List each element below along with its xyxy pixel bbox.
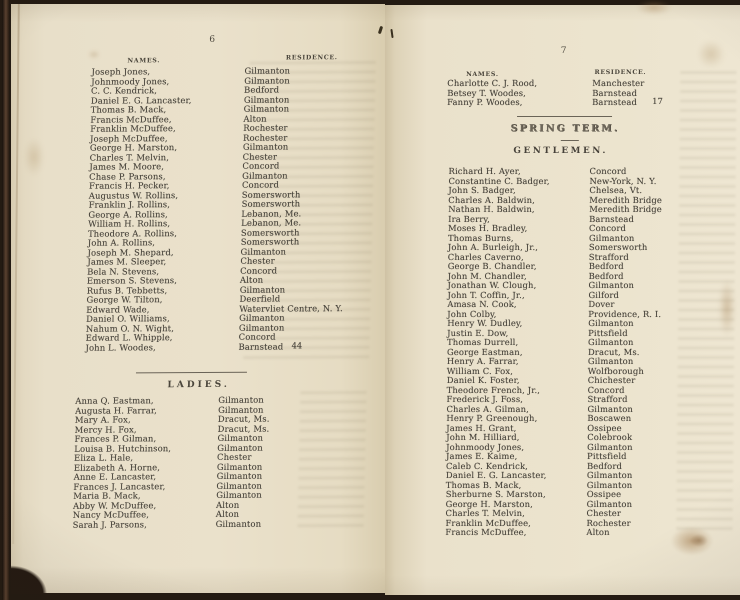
foxing-stain <box>719 280 735 336</box>
roster-row: Jonathan W. Clough, Gilmanton <box>448 280 738 290</box>
roster-row: Constantine C. Badger, New-York, N. Y. <box>448 176 738 186</box>
roster-row: Nathan H. Baldwin, Meredith Bridge <box>448 204 738 214</box>
student-name: John A. Burleigh, Jr., <box>448 242 538 252</box>
roster-row: Daniel E. G. Lancaster, Gilmanton <box>446 470 736 480</box>
student-name: Thomas B. Mack, <box>446 480 522 490</box>
spring-term-heading: SPRING TERM. <box>495 123 635 134</box>
student-name: Amasa N. Cook, <box>447 299 516 309</box>
foxing-stain <box>690 534 708 547</box>
student-name: William C. Fox, <box>447 366 513 376</box>
roster-row: Johnmoody Jones, Gilmanton <box>446 442 736 452</box>
student-residence: Bedford <box>587 461 622 471</box>
roster-row: George B. Chandler, Bedford <box>448 261 738 271</box>
gentlemen-section-heading: GENTLEMEN. <box>501 146 621 156</box>
student-residence: Gilmanton <box>587 480 633 490</box>
student-residence: Gilmanton <box>587 470 633 480</box>
student-name: Charlotte C. J. Rood, <box>447 78 537 88</box>
ladies-section-heading: LADIES. <box>139 380 259 391</box>
student-residence: Ossipee <box>587 423 622 433</box>
page-corner-shadow <box>11 548 69 594</box>
page-7: 7 NAMES. RESIDENCE. 17 Charlotte C. J. R… <box>385 5 740 595</box>
student-residence: Gilmanton <box>588 356 634 366</box>
student-name: Daniel E. G. Lancaster, <box>446 470 547 480</box>
roster-row: Ira Berry, Barnstead <box>448 214 738 224</box>
student-name: John M. Chandler, <box>448 271 527 281</box>
foxing-stain <box>24 138 44 176</box>
student-residence: Alton <box>586 527 609 537</box>
student-name: Betsey T. Woodes, <box>447 88 526 98</box>
roster-row: Theodore French, Jr., Concord <box>447 385 737 395</box>
roster-row: Betsey T. Woodes, Barnstead <box>447 88 737 98</box>
roster-row: John M. Hilliard, Colebrook <box>446 432 736 442</box>
student-name: Charles T. Melvin, <box>446 508 526 518</box>
roster-row: John S. Badger, Chelsea, Vt. <box>448 185 738 195</box>
student-name: Caleb C. Kendrick, <box>446 461 528 471</box>
section-divider <box>136 372 247 374</box>
roster-row: Charles A. Gilman, Gilmanton <box>446 404 736 414</box>
student-name: Frederick J. Foss, <box>447 394 524 404</box>
roster-row: John Colby, Providence, R. I. <box>447 309 737 319</box>
gentlemen-roster-continued: 44 Joseph Jones, Gilmanton Johnmoody Jon… <box>85 65 381 352</box>
student-name: Johnmoody Jones, <box>446 442 524 452</box>
student-name: Franklin McDuffee, <box>445 518 531 528</box>
page-6: 6 NAMES. RESIDENCE. 44 Joseph Jones, Gil… <box>11 4 385 593</box>
roster-row: Sarah J. Parsons, Gilmanton <box>73 518 363 529</box>
gentlemen-roster-spring: Richard H. Ayer, Concord Constantine C. … <box>445 166 738 537</box>
roster-row: Charles A. Baldwin, Meredith Bridge <box>448 195 738 205</box>
student-name: John M. Hilliard, <box>446 432 519 442</box>
small-divider <box>561 140 579 141</box>
student-residence: Ossipee <box>587 489 622 499</box>
student-residence: Gilmanton <box>588 337 634 347</box>
student-name: George Eastman, <box>447 347 523 357</box>
roster-row: John T. Coffin, Jr., Gilford <box>447 290 737 300</box>
roster-row: Henry P. Greenough, Boscawen <box>446 413 736 423</box>
roster-row: Thomas B. Mack, Gilmanton <box>446 480 736 490</box>
student-name: John Colby, <box>447 309 496 319</box>
roster-row: James E. Kaime, Pittsfield <box>446 451 736 461</box>
student-name: John L. Woodes, <box>85 342 156 352</box>
residence-column-header: RESIDENCE. <box>580 69 660 76</box>
roster-row: Moses H. Bradley, Concord <box>448 223 738 233</box>
roster-row: James H. Grant, Ossipee <box>446 423 736 433</box>
student-residence: Gilford <box>588 290 619 300</box>
student-name: Charles A. Gilman, <box>446 404 529 414</box>
student-name: Henry A. Farrar, <box>447 356 519 366</box>
roster-row: Thomas Durrell, Gilmanton <box>447 337 737 347</box>
student-residence: Pittsfield <box>587 451 627 461</box>
roster-row: John L. Woodes, Barnstead <box>85 340 375 351</box>
student-residence: Meredith Bridge <box>589 204 662 214</box>
roster-row: Amasa N. Cook, Dover <box>447 299 737 309</box>
roster-row: Charles Caverno, Strafford <box>448 252 738 262</box>
student-residence: Gilmanton <box>587 404 633 414</box>
student-residence: Concord <box>588 385 625 395</box>
term-divider <box>517 116 612 117</box>
student-residence: Barnstead <box>589 214 634 224</box>
student-residence: Rochester <box>586 518 630 528</box>
student-residence: Barnstead <box>592 97 637 107</box>
student-name: Justin E. Dow, <box>447 328 508 338</box>
student-residence: Concord <box>589 223 626 233</box>
student-name: Charles Caverno, <box>448 252 524 262</box>
roster-row: Charlotte C. J. Rood, Manchester <box>447 78 737 88</box>
student-residence: Chelsea, Vt. <box>589 185 642 195</box>
student-residence: Strafford <box>589 252 629 262</box>
student-residence: Gilmanton <box>589 233 635 243</box>
student-name: Moses H. Bradley, <box>448 223 528 233</box>
student-residence: Gilmanton <box>216 518 262 528</box>
roster-row: Henry A. Farrar, Gilmanton <box>447 356 737 366</box>
student-residence: Wolfborough <box>588 366 644 376</box>
roster-row: Henry W. Dudley, Gilmanton <box>447 318 737 328</box>
student-name: Jonathan W. Clough, <box>448 280 537 290</box>
roster-row: John M. Chandler, Bedford <box>448 271 738 281</box>
student-residence: Providence, R. I. <box>588 309 661 319</box>
student-name: Thomas Burns, <box>448 233 514 243</box>
roster-row: Fanny P. Woodes, Barnstead <box>447 97 737 107</box>
foxing-stain <box>88 50 100 59</box>
student-name: Nathan H. Baldwin, <box>448 204 535 214</box>
student-name: Henry P. Greenough, <box>446 413 537 423</box>
student-name: Charles A. Baldwin, <box>448 195 535 205</box>
student-name: Sarah J. Parsons, <box>73 519 148 529</box>
student-residence: Meredith Bridge <box>589 195 662 205</box>
student-name: Henry W. Dudley, <box>447 318 522 328</box>
roster-row: Caleb C. Kendrick, Bedford <box>446 461 736 471</box>
foxing-stain <box>636 0 672 15</box>
student-name: James E. Kaime, <box>446 451 517 461</box>
student-residence: New-York, N. Y. <box>589 176 656 186</box>
student-name: Constantine C. Badger, <box>448 176 549 186</box>
student-residence: Bedford <box>589 271 624 281</box>
page-number: 6 <box>200 35 224 45</box>
student-name: George H. Marston, <box>446 499 533 509</box>
roster-row: Frederick J. Foss, Strafford <box>447 394 737 404</box>
student-name: Ira Berry, <box>448 214 490 224</box>
roster-row: Sherburne S. Marston, Ossipee <box>446 489 736 499</box>
student-residence: Concord <box>590 166 627 176</box>
student-residence: Pittsfield <box>588 328 628 338</box>
roster-row: George Eastman, Dracut, Ms. <box>447 347 737 357</box>
foxing-stain <box>697 40 725 68</box>
student-residence: Somersworth <box>589 242 648 252</box>
roster-row: Daniel K. Foster, Chichester <box>447 375 737 385</box>
student-name: George B. Chandler, <box>448 261 537 271</box>
roster-row: George H. Marston, Gilmanton <box>446 499 736 509</box>
student-residence: Gilmanton <box>589 280 635 290</box>
student-name: Richard H. Ayer, <box>449 166 521 176</box>
student-name: Theodore French, Jr., <box>447 385 541 395</box>
student-residence: Gilmanton <box>587 499 633 509</box>
student-name: Francis McDuffee, <box>445 527 526 537</box>
roster-row: John A. Burleigh, Jr., Somersworth <box>448 242 738 252</box>
student-name: Sherburne S. Marston, <box>446 489 546 499</box>
roster-row: Charles T. Melvin, Chester <box>446 508 736 518</box>
names-column-header: NAMES. <box>442 71 522 78</box>
residence-column-header: RESIDENCE. <box>272 54 352 61</box>
student-name: Daniel K. Foster, <box>447 375 520 385</box>
student-residence: Dracut, Ms. <box>588 347 640 357</box>
student-name: Thomas Durrell, <box>447 337 518 347</box>
ladies-roster-continued: 17 Charlotte C. J. Rood, Manchester Bets… <box>447 78 737 107</box>
roster-row: Richard H. Ayer, Concord <box>449 166 739 176</box>
student-residence: Gilmanton <box>588 318 634 328</box>
student-name: John T. Coffin, Jr., <box>447 290 524 300</box>
student-residence: Chichester <box>588 375 636 385</box>
roster-row: Justin E. Dow, Pittsfield <box>447 328 737 338</box>
student-residence: Strafford <box>588 394 628 404</box>
student-residence: Bedford <box>589 261 624 271</box>
student-name: Fanny P. Woodes, <box>447 97 523 107</box>
student-residence: Gilmanton <box>587 442 633 452</box>
student-residence: Colebrook <box>587 432 632 442</box>
student-residence: Barnstead <box>592 88 637 98</box>
roster-row: Thomas Burns, Gilmanton <box>448 233 738 243</box>
student-residence: Boscawen <box>587 413 631 423</box>
roster-row: William C. Fox, Wolfborough <box>447 366 737 376</box>
scanned-book-spread: 6 NAMES. RESIDENCE. 44 Joseph Jones, Gil… <box>0 0 740 600</box>
student-residence: Chester <box>587 508 622 518</box>
student-residence: Manchester <box>592 78 644 88</box>
student-residence: Dover <box>588 299 614 309</box>
page-number: 7 <box>552 46 576 56</box>
student-name: John S. Badger, <box>448 185 516 195</box>
ladies-roster: Anna Q. Eastman, Gilmanton Augusta H. Fa… <box>73 394 366 529</box>
names-column-header: NAMES. <box>104 57 184 64</box>
student-residence: Barnstead <box>238 341 283 351</box>
student-name: James H. Grant, <box>446 423 516 433</box>
